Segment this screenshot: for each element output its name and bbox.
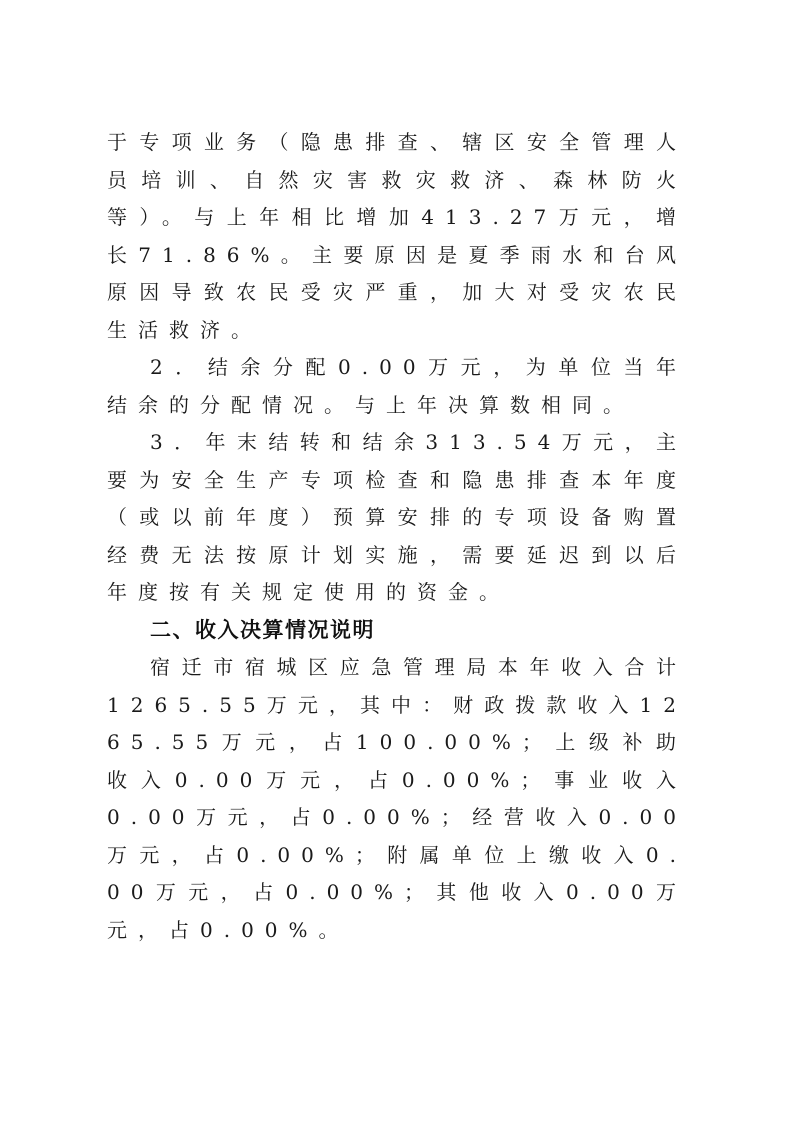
paragraph-year-end-carryover: 3．年末结转和结余313.54万元，主要为安全生产专项检查和隐患排查本年度（或以…	[107, 424, 687, 612]
section-heading-income: 二、收入决算情况说明	[107, 612, 687, 650]
document-page: 于专项业务（隐患排查、辖区安全管理人员培训、自然灾害救灾救济、森林防火等）。与上…	[107, 124, 687, 949]
paragraph-surplus-distribution: 2．结余分配0.00万元，为单位当年结余的分配情况。与上年决算数相同。	[107, 349, 687, 424]
paragraph-special-business-expenditure: 于专项业务（隐患排查、辖区安全管理人员培训、自然灾害救灾救济、森林防火等）。与上…	[107, 124, 687, 349]
paragraph-income-summary: 宿迁市宿城区应急管理局本年收入合计1265.55万元，其中：财政拨款收入1265…	[107, 649, 687, 949]
